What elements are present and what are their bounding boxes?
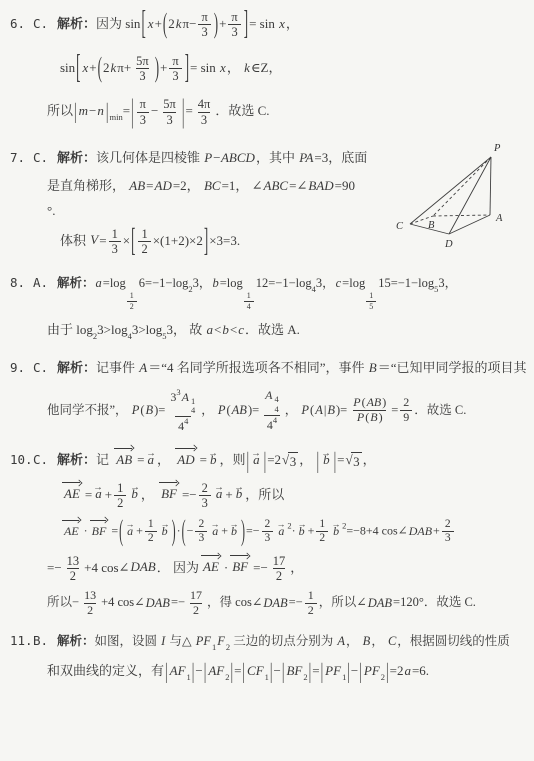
formula-line: AE=→a+12→b， BF=−23→a+→b，所以 xyxy=(10,481,528,511)
formula-line: 所以−132+4 cos∠DAB=−172，得 cos∠DAB=−12，所以∠D… xyxy=(10,589,528,618)
answer-letter: A. xyxy=(33,274,57,292)
question-number: 9. xyxy=(10,359,33,377)
solution-first-line: 9.C.解析：记事件 A＝“4 名同学所报选项各不相同”，事件 B＝“已知甲同学… xyxy=(10,359,528,378)
answer-letter: C. xyxy=(33,149,57,167)
formula-line: 他同学不报”， P(B)=33A1444， P(AB)=A4444， P(A|B… xyxy=(10,388,528,434)
solution-item-10: 10.C.解析：记 AB=→a， AD=→b，则|→a|=2√3， |→b|=√… xyxy=(10,450,528,618)
vertex-label-A: A xyxy=(495,213,503,224)
question-number: 7. xyxy=(10,149,33,167)
solution-text: 解析：记事件 A＝“4 名同学所报选项各不相同”，事件 B＝“已知甲同学报的项目… xyxy=(57,360,527,375)
vertex-label-D: D xyxy=(444,239,453,250)
pyramid-figure: P A B C D xyxy=(391,135,526,253)
solution-text: 解析：记 AB=→a， AD=→b，则|→a|=2√3， |→b|=√3， xyxy=(57,452,376,467)
question-number: 8. xyxy=(10,274,33,292)
solution-item-11: 11.B.解析：如图，设圆 I 与△ PF1F2 三边的切点分别为 A， B， … xyxy=(10,632,528,684)
edge-DA xyxy=(449,215,490,234)
answer-letter: B. xyxy=(33,632,57,650)
solution-text: 解析：如图，设圆 I 与△ PF1F2 三边的切点分别为 A， B， C，根据圆… xyxy=(57,634,510,648)
edge-PD xyxy=(449,157,491,234)
solution-item-6: 6.C.解析：因为 sin[x+(2kπ−π3)+π3]= sin x， sin… xyxy=(10,10,528,127)
formula-line: sin[x+(2kπ+5π3)+π3]= sin x， k∈Z， xyxy=(10,54,528,84)
vertex-label-B: B xyxy=(428,220,435,231)
solution-first-line: 10.C.解析：记 AB=→a， AD=→b，则|→a|=2√3， |→b|=√… xyxy=(10,450,528,471)
solutions-page: 6.C.解析：因为 sin[x+(2kπ−π3)+π3]= sin x， sin… xyxy=(0,0,534,684)
question-number: 6. xyxy=(10,15,33,33)
solution-item-7: P A B C D 7.C.解析：该几何体是四棱锥 P−ABCD，其中 PA=3… xyxy=(10,149,528,256)
solution-first-line: 11.B.解析：如图，设圆 I 与△ PF1F2 三边的切点分别为 A， B， … xyxy=(10,632,528,653)
solution-text-line: 由于 log23>log43>log53， 故 a<b<c．故选 A. xyxy=(10,321,528,342)
solution-item-9: 9.C.解析：记事件 A＝“4 名同学所报选项各不相同”，事件 B＝“已知甲同学… xyxy=(10,359,528,434)
solution-first-line: 8.A.解析：a=log126=−1−log23，b=log1412=−1−lo… xyxy=(10,274,528,311)
vertex-label-P: P xyxy=(493,143,501,154)
formula-line: AE·BF=(→a+12→b)·(−23→a+→b)=−23→a2·→b+12→… xyxy=(10,518,528,545)
formula-line: 所以|m−n|min=|π3−5π3|=4π3．故选 C. xyxy=(10,97,528,127)
answer-letter: C. xyxy=(33,15,57,33)
edge-BA-dashed xyxy=(433,215,490,216)
edge-PA xyxy=(490,157,491,215)
question-number: 10. xyxy=(10,451,33,469)
solution-text: 解析：因为 sin[x+(2kπ−π3)+π3]= sin x， xyxy=(57,16,299,31)
answer-letter: C. xyxy=(33,451,57,469)
formula-line: 和双曲线的定义，有|AF1|−|AF2|=|CF1|−|BF2|=|PF1|−|… xyxy=(10,662,528,683)
answer-letter: C. xyxy=(33,359,57,377)
formula-line: =−132+4 cos∠DAB． 因为AE·BF=−172， xyxy=(10,554,528,584)
edge-PC xyxy=(410,157,491,224)
solution-item-8: 8.A.解析：a=log126=−1−log23，b=log1412=−1−lo… xyxy=(10,274,528,343)
vertex-label-C: C xyxy=(396,221,404,232)
solution-first-line: 6.C.解析：因为 sin[x+(2kπ−π3)+π3]= sin x， xyxy=(10,10,528,40)
solution-text: 解析：a=log126=−1−log23，b=log1412=−1−log43，… xyxy=(57,276,457,290)
question-number: 11. xyxy=(10,632,33,650)
solution-text: 解析：该几何体是四棱锥 P−ABCD，其中 PA=3，底面 xyxy=(57,150,367,165)
edge-PB-dashed xyxy=(433,157,491,216)
